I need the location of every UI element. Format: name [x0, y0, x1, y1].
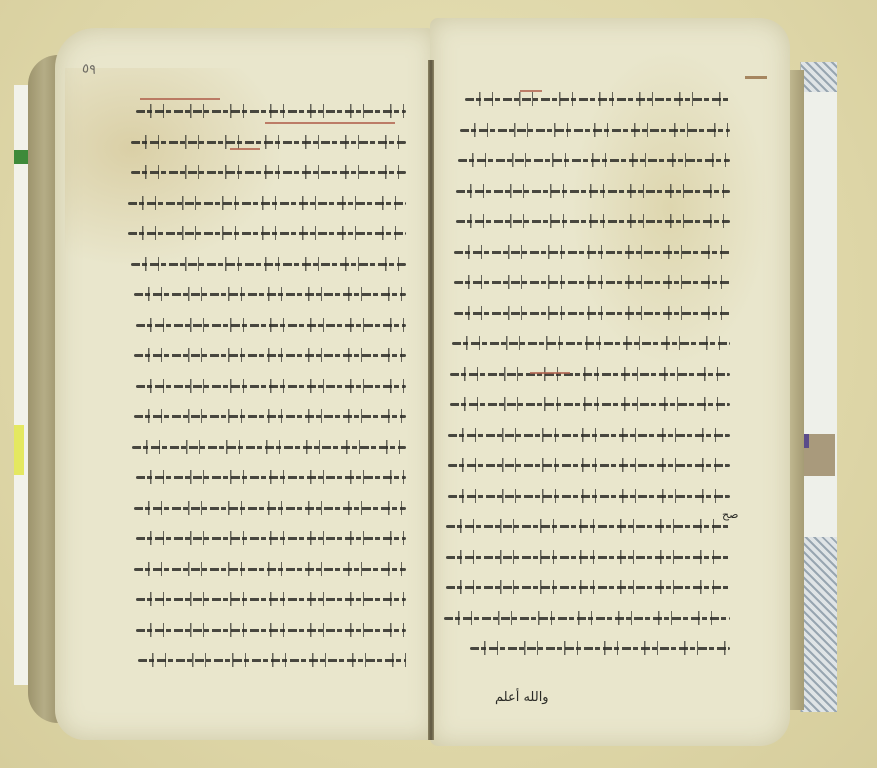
text-line	[440, 147, 730, 178]
text-line: يعقوب وقول الشارح لانه إيجاب له على الخ …	[440, 86, 730, 117]
text-line	[440, 361, 730, 392]
text-line	[128, 556, 406, 587]
patterned-paper-top	[801, 62, 837, 92]
text-line	[440, 452, 730, 483]
green-tab	[14, 150, 28, 164]
text-line	[440, 300, 730, 331]
text-line	[128, 220, 406, 251]
text-line	[440, 513, 730, 544]
text-line	[128, 617, 406, 648]
text-line	[440, 330, 730, 361]
text-line	[440, 544, 730, 575]
text-line	[128, 373, 406, 404]
right-text-block: يعقوب وقول الشارح لانه إيجاب له على الخ …	[440, 86, 730, 666]
text-line	[440, 422, 730, 453]
text-line	[128, 190, 406, 221]
text-line	[128, 281, 406, 312]
text-line	[128, 159, 406, 190]
text-line	[128, 251, 406, 282]
text-line	[128, 464, 406, 495]
margin-tick	[745, 76, 767, 79]
text-line	[128, 647, 406, 678]
text-line	[128, 495, 406, 526]
text-line	[440, 574, 730, 605]
rubric-overline	[265, 122, 395, 124]
text-line	[128, 586, 406, 617]
text-line	[128, 129, 406, 160]
patterned-paper-bottom	[801, 537, 837, 712]
text-line	[440, 635, 730, 666]
text-line	[128, 434, 406, 465]
text-line	[440, 178, 730, 209]
text-line	[440, 269, 730, 300]
yellow-tab	[14, 425, 24, 475]
colophon: والله أعلم	[495, 690, 549, 705]
rubric-mark	[530, 372, 570, 374]
text-line	[440, 483, 730, 514]
text-line	[128, 525, 406, 556]
margin-note: صح	[722, 508, 738, 521]
text-line	[440, 391, 730, 422]
right-bookmark-strip	[800, 62, 837, 712]
book-gutter	[428, 60, 434, 740]
rubric-mark	[520, 90, 542, 92]
text-line	[440, 605, 730, 636]
folio-number: ٥٩	[81, 61, 97, 78]
text-line	[440, 239, 730, 270]
text-line	[440, 208, 730, 239]
rubric-overline	[230, 148, 260, 150]
text-line	[128, 403, 406, 434]
text-line	[440, 117, 730, 148]
rubric-overline	[140, 98, 220, 100]
text-line	[128, 312, 406, 343]
left-text-block: والله أعلم بالمعنى إذ العبرة بما في الإل…	[128, 98, 406, 678]
text-line	[128, 342, 406, 373]
